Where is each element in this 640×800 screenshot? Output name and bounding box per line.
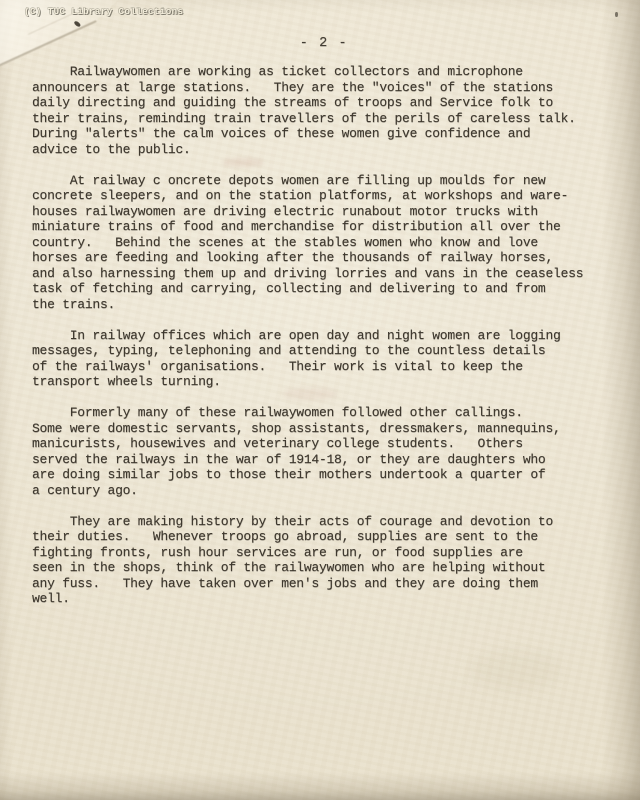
library-watermark: (C) TUC Library Collections: [24, 6, 183, 17]
paragraph-callings: Formerly many of these railwaywomen foll…: [32, 405, 610, 498]
paragraph-depots: At railway c oncrete depots women are fi…: [32, 173, 610, 313]
page-number: - 2 -: [0, 36, 640, 51]
paper-stain: [470, 650, 560, 690]
paragraph-offices: In railway offices which are open day an…: [32, 328, 610, 390]
document-body: Railwaywomen are working as ticket colle…: [32, 64, 610, 622]
paragraph-voices: Railwaywomen are working as ticket colle…: [32, 64, 610, 157]
paper-speck: [615, 12, 618, 17]
paragraph-history: They are making history by their acts of…: [32, 514, 610, 607]
document-page: (C) TUC Library Collections - 2 - Railwa…: [0, 0, 640, 800]
